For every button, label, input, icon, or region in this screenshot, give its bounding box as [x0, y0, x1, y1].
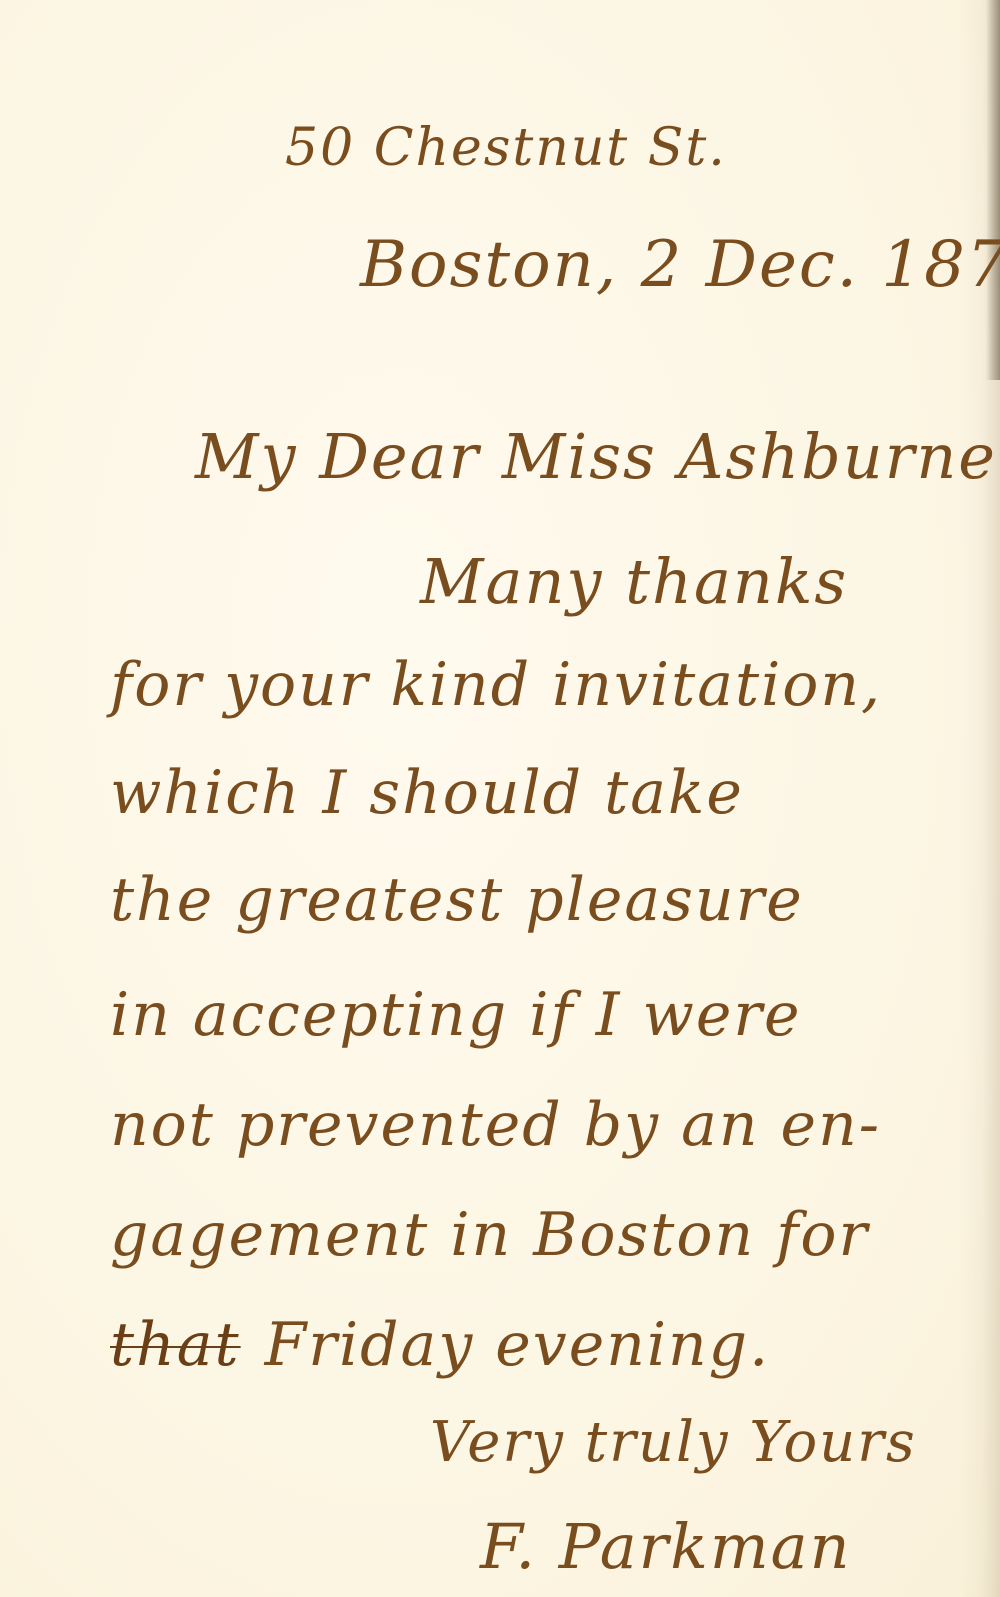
- salutation: My Dear Miss Ashburner,: [195, 420, 1000, 493]
- letter-page: 50 Chestnut St. Boston, 2 Dec. 1878 My D…: [0, 0, 1000, 1597]
- signature: F. Parkman: [480, 1510, 852, 1583]
- body-line-8: thatFriday evening.: [110, 1310, 770, 1380]
- body-line-3: which I should take: [110, 758, 744, 828]
- body-line-8-text: Friday evening.: [265, 1310, 771, 1380]
- body-line-6: not prevented by an en-: [110, 1090, 881, 1160]
- body-line-1: Many thanks: [420, 545, 848, 618]
- struck-out-word: that: [110, 1310, 241, 1380]
- body-line-7: gagement in Boston for: [110, 1200, 869, 1270]
- page-edge-shadow: [986, 0, 1000, 380]
- body-line-4: the greatest pleasure: [110, 865, 804, 935]
- closing: Very truly Yours: [430, 1410, 917, 1475]
- body-line-2: for your kind invitation,: [110, 650, 882, 720]
- place-and-date: Boston, 2 Dec. 1878: [360, 228, 1000, 302]
- body-line-5: in accepting if I were: [110, 980, 802, 1050]
- sender-address: 50 Chestnut St.: [285, 118, 727, 178]
